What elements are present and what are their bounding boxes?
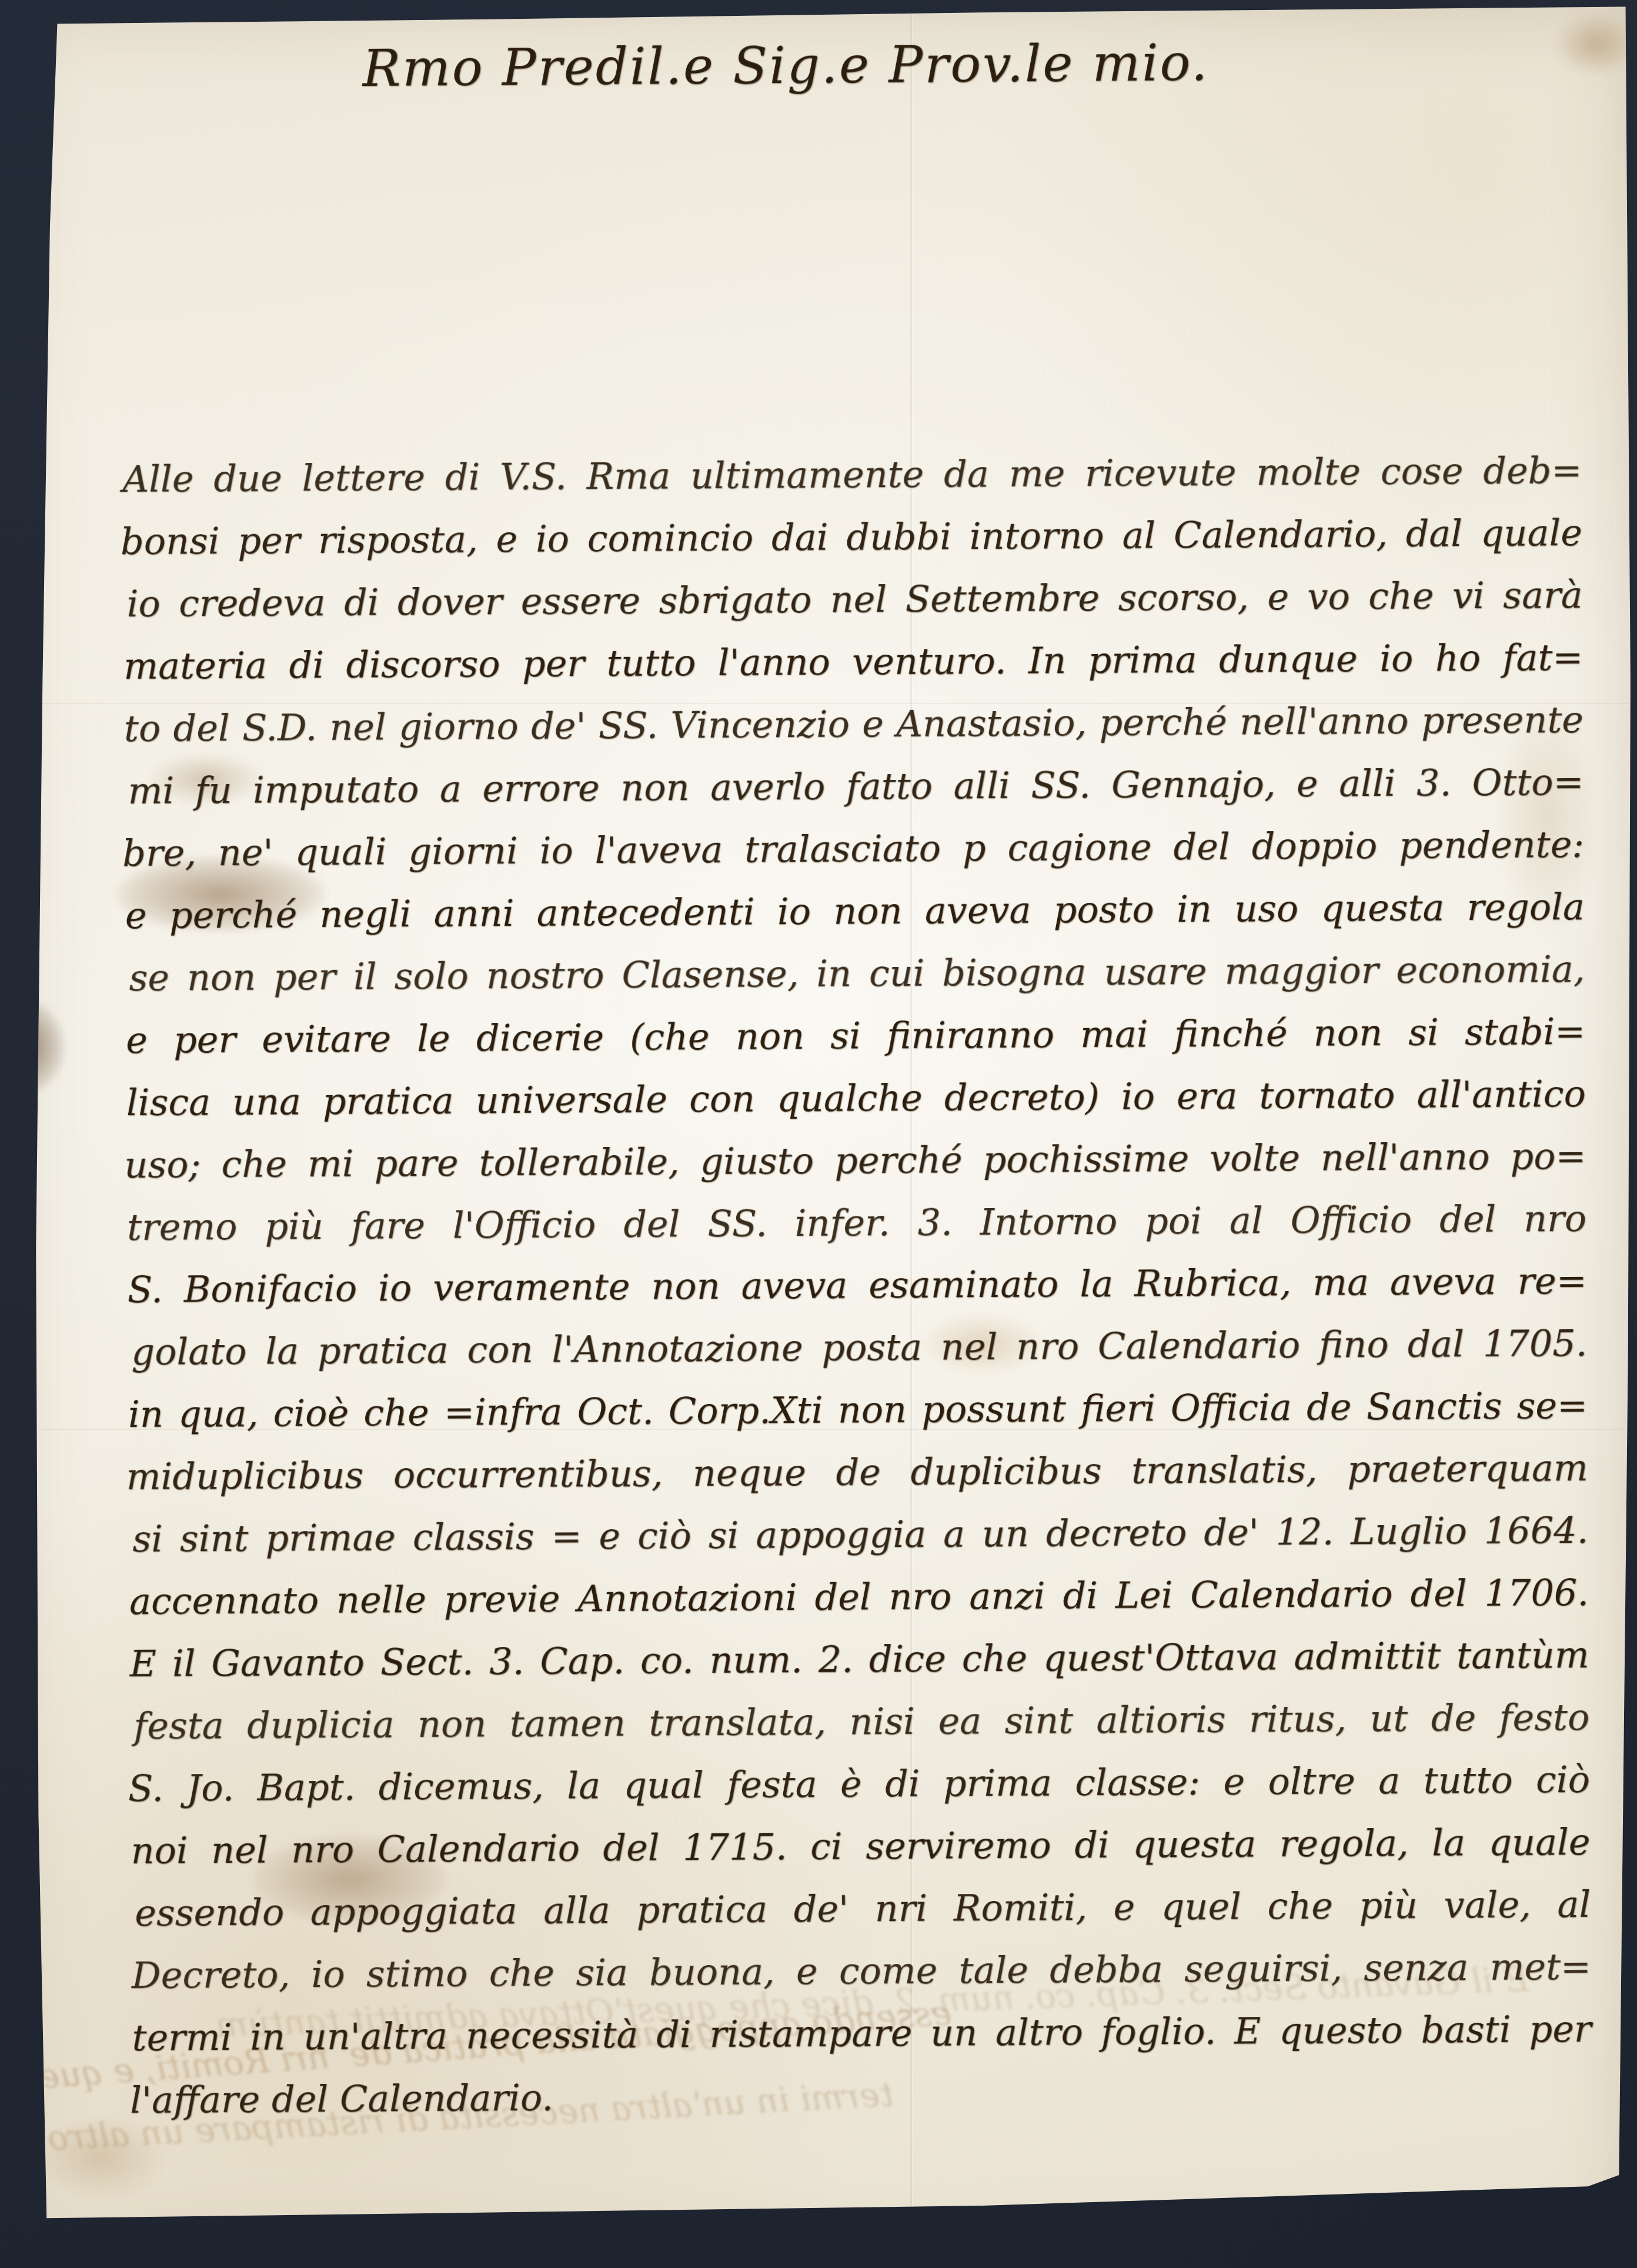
letter-line: miduplicibus occurrentibus, neque de dup…: [126, 1437, 1588, 1508]
letter-line: termi in un'altra necessità di ristampar…: [132, 1998, 1592, 2069]
page-background: essendo appoggiata alla pratica de' nri …: [0, 0, 1637, 2268]
bleedthrough-ghost-text: e perché negli anni antecedenti io non a…: [0, 529, 16, 683]
letter-line: Decreto, io stimo che sia buona, e come …: [132, 1936, 1592, 2007]
letter-line: io credeva di dover essere sbrigato nel …: [126, 564, 1583, 635]
letter-line: Alle due lettere di V.S. Rma ultimamente…: [122, 439, 1582, 511]
letter-line: tremo più fare l'Officio del SS. infer. …: [127, 1188, 1587, 1259]
letter-line: to del S.D. nel giorno de' SS. Vincenzio…: [124, 689, 1584, 760]
letter-line: E il Gavanto Sect. 3. Cap. co. num. 2. d…: [129, 1624, 1589, 1695]
letter-line: lisca una pratica universale con qualche…: [126, 1063, 1586, 1134]
letter-line: l'affare del Calendario.: [130, 2060, 1592, 2132]
letter-line: materia di discorso per tutto l'anno ven…: [123, 626, 1583, 698]
letter-line: bonsi per risposta, e io comincio dai du…: [121, 502, 1583, 573]
letter-line: S. Bonifacio io veramente non aveva esam…: [127, 1250, 1587, 1321]
letter-line: e perché negli anni antecedenti io non a…: [125, 876, 1585, 947]
edge-stain: [0, 1000, 65, 1094]
letter-line: S. Jo. Bapt. dicemus, la qual festa è di…: [128, 1749, 1591, 1820]
salutation-heading: Rmo Predil.e Sig.e Prov.le mio.: [0, 31, 1572, 101]
letter-line: festa duplicia non tamen translata, nisi…: [133, 1686, 1590, 1757]
letter-line: accennato nelle previe Annotazioni del n…: [129, 1562, 1589, 1633]
letter-line: si sint primae classis = e ciò si appogg…: [132, 1499, 1589, 1570]
letter-line: uso; che mi pare tollerabile, giusto per…: [124, 1125, 1586, 1196]
letter-line: bre, ne' quali giorni io l'aveva tralasc…: [122, 813, 1585, 885]
letter-line: golato la pratica con l'Annotazione post…: [131, 1312, 1588, 1383]
letter-line: in qua, cioè che =infra Oct. Corp.Xti no…: [128, 1375, 1588, 1446]
letter-line: se non per il solo nostro Clasense, in c…: [129, 938, 1585, 1009]
bleedthrough-ghost-text: golato la pratica con l'Annotazione post…: [0, 1352, 28, 1529]
letter-paper: essendo appoggiata alla pratica de' nri …: [0, 0, 1637, 2268]
letter-body: Alle due lettere di V.S. Rma ultimamente…: [122, 439, 1592, 2132]
letter-line: e per evitare le dicerie (che non si fin…: [126, 1000, 1586, 1072]
letter-line: mi fu imputato a errore non averlo fatto…: [128, 751, 1584, 822]
letter-line: noi nel nro Calendario del 1715. ci serv…: [131, 1811, 1591, 1882]
letter-line: essendo appoggiata alla pratica de' nri …: [135, 1873, 1591, 1945]
